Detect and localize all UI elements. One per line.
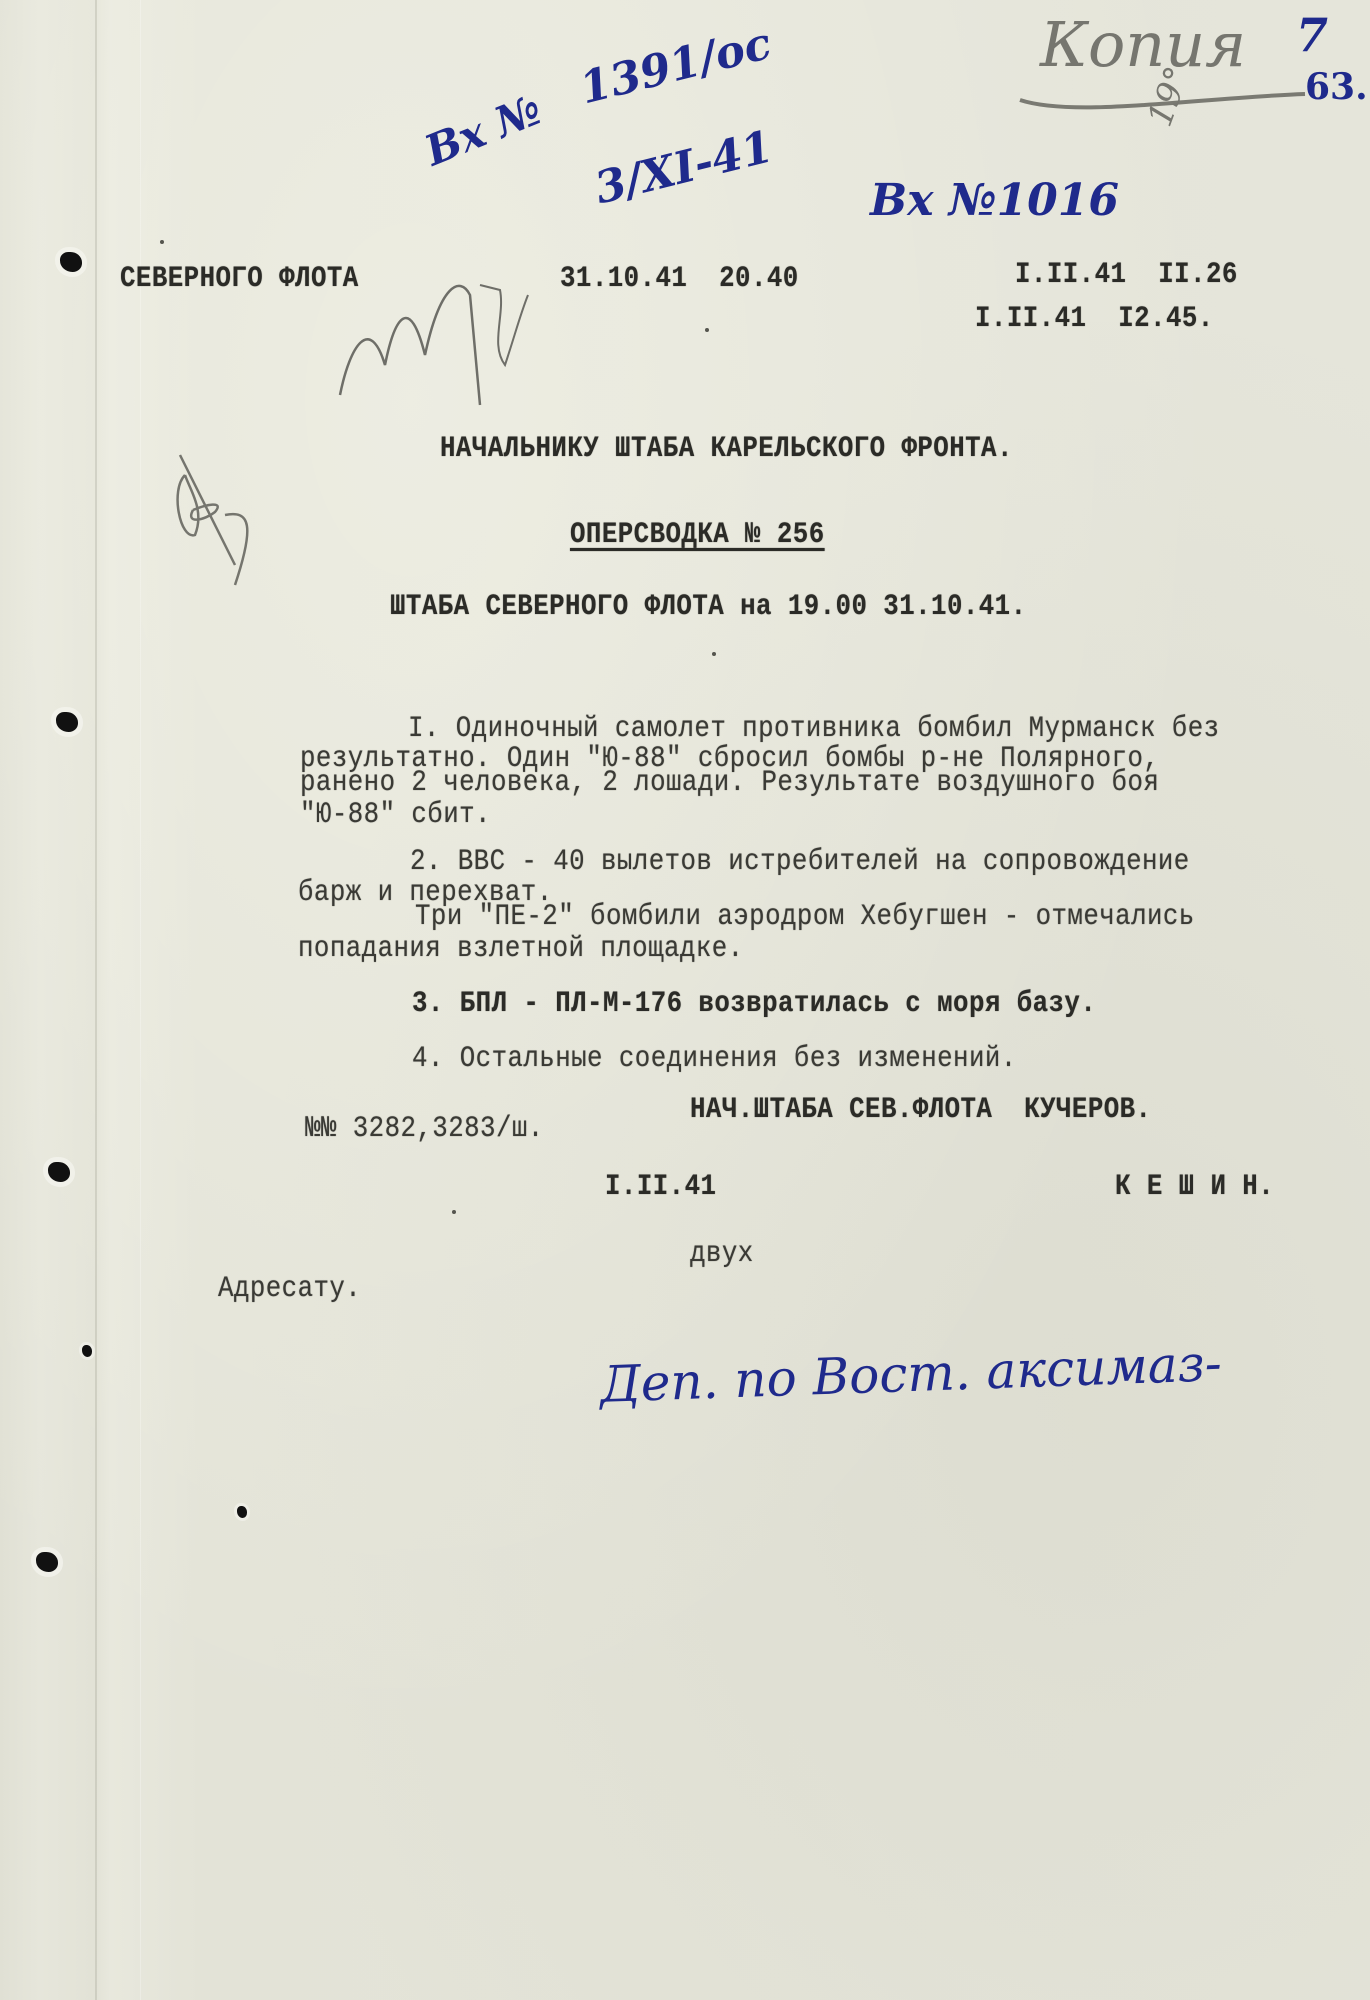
incoming-label: Вх № [418,85,548,176]
binding-fold-highlight [140,0,141,2000]
sheet-number: 63. [1305,66,1368,108]
paper-speck [452,1210,456,1214]
punch-hole [56,712,78,732]
para-1-line-4: "Ю-88" сбит. [300,798,491,832]
document-page: Копия 7 63. 19° Вх № 1391/ос 3/XI-41 Вх … [0,0,1370,2000]
para-1-line-1: I. Одиночный самолет противника бомбил М… [408,712,1220,746]
punch-hole [60,252,82,272]
signature-date: I.II.41 [605,1170,716,1204]
para-4: 4. Остальные соединения без изменений. [412,1042,1017,1076]
paper-speck [705,328,709,332]
pencil-margin-initials [165,450,285,590]
pencil-signature [330,255,530,415]
para-3: 3. БПЛ - ПЛ-М-176 возвратилась с моря ба… [412,987,1096,1021]
para-2-line-3: Три "ПЕ-2" бомбили аэродром Хебугшен - о… [415,900,1195,934]
punch-hole [82,1345,92,1357]
paper-speck [160,240,164,244]
para-2-line-1: 2. ВВС - 40 вылетов истребителей на сопр… [410,845,1190,879]
sheet-mark: 7 [1296,8,1328,62]
copies-note: двух [690,1237,754,1271]
distribution: Адресату. [218,1272,361,1306]
received-datetime-1: I.II.41 II.26 [1015,258,1238,292]
handwritten-resolution: Деп. по Вост. аксимаз- [599,1334,1222,1414]
received-datetime-2: I.II.41 I2.45. [975,302,1214,336]
outgoing-numbers: №№ 3282,3283/ш. [305,1112,544,1146]
para-2-line-4: попадания взлетной площадке. [298,932,744,966]
signature-title-name: НАЧ.ШТАБА СЕВ.ФЛОТА КУЧЕРОВ. [690,1093,1151,1127]
punch-hole [237,1506,247,1518]
addressee: НАЧАЛЬНИКУ ШТАБА КАРЕЛЬСКОГО ФРОНТА. [440,432,1013,466]
punch-hole [36,1552,58,1572]
pencil-copy-note: Копия [1040,8,1246,81]
sender-line: СЕВЕРНОГО ФЛОТА [120,262,359,296]
document-title: ОПЕРСВОДКА № 256 [570,518,825,552]
binding-fold-line [95,0,97,2000]
para-1-line-3: ранено 2 человека, 2 лошади. Результате … [300,766,1159,800]
document-subtitle: ШТАБА СЕВЕРНОГО ФЛОТА на 19.00 31.10.41. [390,590,1027,624]
incoming-stamp-number: Вх №1016 [870,175,1119,226]
incoming-date: 3/XI-41 [590,121,778,214]
paper-speck [712,652,716,656]
punch-hole [48,1162,70,1182]
incoming-number: 1391/ос [575,18,776,115]
operator-name: К Е Ш И Н. [1115,1170,1274,1204]
sent-datetime: 31.10.41 20.40 [560,262,799,296]
